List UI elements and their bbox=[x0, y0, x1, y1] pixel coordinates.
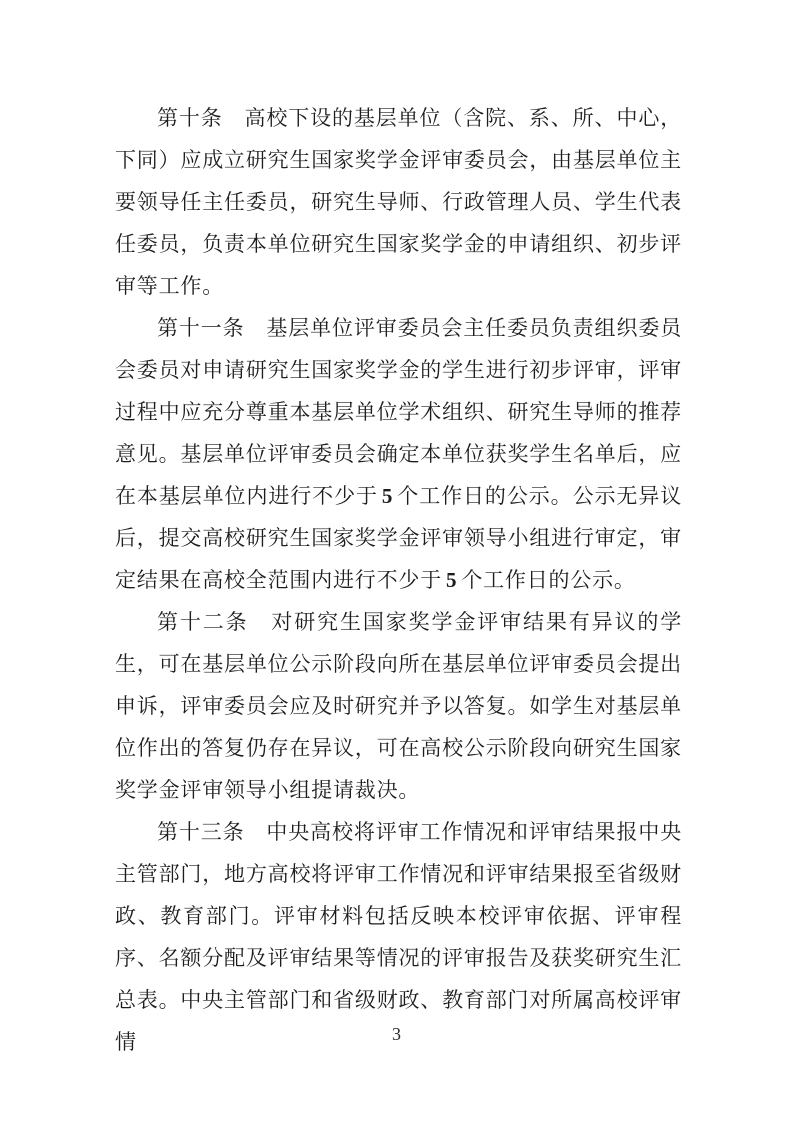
document-page: 第十条 高校下设的基层单位（含院、系、所、中心，下同）应成立研究生国家奖学金评审… bbox=[0, 0, 793, 1121]
text-run: 第十一条 基层单位评审委员会主任委员负责组织委员会委员对申请研究生国家奖学金的学… bbox=[115, 316, 682, 508]
bold-number-run: 5 bbox=[442, 568, 461, 592]
text-run: 个工作日的公示。 bbox=[461, 568, 635, 592]
document-body: 第十条 高校下设的基层单位（含院、系、所、中心，下同）应成立研究生国家奖学金评审… bbox=[115, 97, 682, 1063]
text-run: 第十二条 对研究生国家奖学金评审结果有异议的学生，可在基层单位公示阶段向所在基层… bbox=[115, 610, 682, 802]
text-run: 第十条 高校下设的基层单位（含院、系、所、中心，下同）应成立研究生国家奖学金评审… bbox=[115, 106, 682, 298]
page-number: 3 bbox=[0, 1022, 793, 1046]
paragraph: 第十一条 基层单位评审委员会主任委员负责组织委员会委员对申请研究生国家奖学金的学… bbox=[115, 307, 682, 601]
text-run: 第十三条 中央高校将评审工作情况和评审结果报中央主管部门，地方高校将评审工作情况… bbox=[115, 820, 682, 1054]
bold-number-run: 5 bbox=[378, 484, 397, 508]
paragraph: 第十条 高校下设的基层单位（含院、系、所、中心，下同）应成立研究生国家奖学金评审… bbox=[115, 97, 682, 307]
paragraph: 第十二条 对研究生国家奖学金评审结果有异议的学生，可在基层单位公示阶段向所在基层… bbox=[115, 601, 682, 811]
